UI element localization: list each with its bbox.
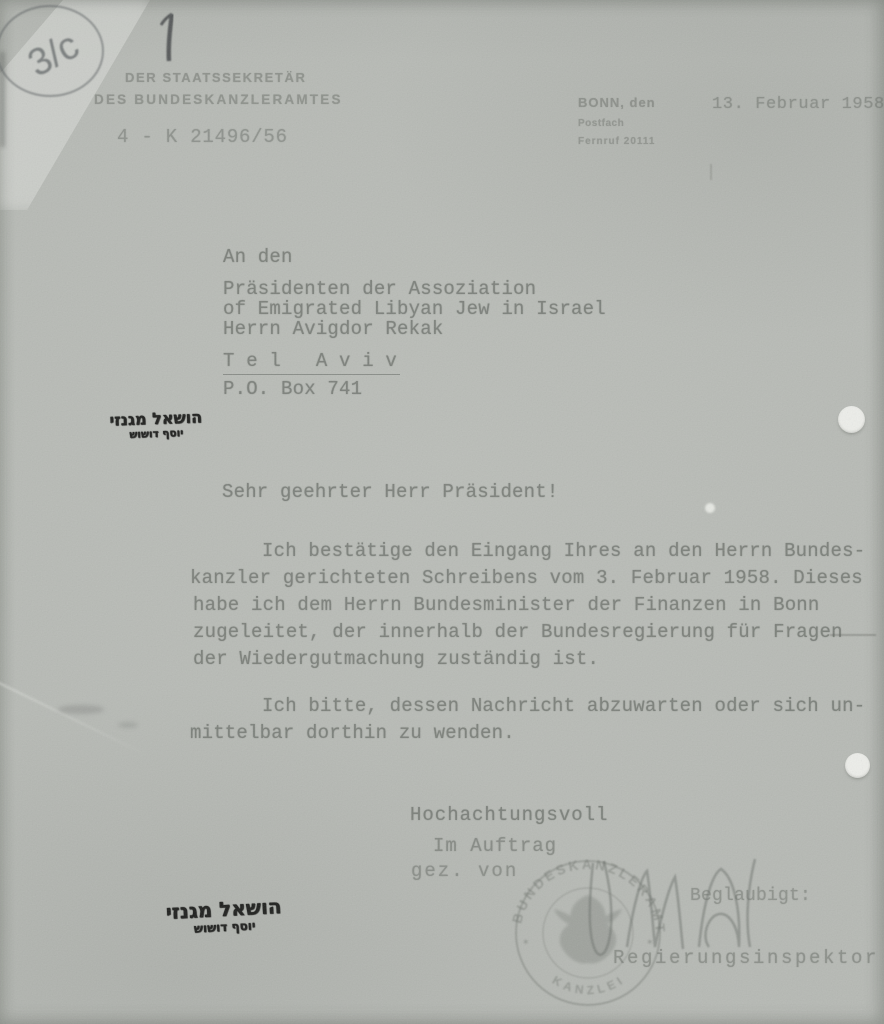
body-line: Ich bitte, dessen Nachricht abzuwarten o… [262,695,865,717]
hebrew-archive-stamp-lower: הושאל מגנזי יוסף דושוש [149,894,299,938]
recipient-an-den: An den [223,246,293,268]
body-line: Ich bestätige den Eingang Ihres an den H… [262,540,865,562]
circled-annotation: 3/c [0,2,112,104]
punch-hole-top [838,406,865,433]
typed-dash-artifact [830,634,876,636]
salutation: Sehr geehrter Herr Präsident! [222,481,558,503]
pencil-smudge [58,705,104,714]
svg-text:KANZLEI: KANZLEI [550,972,628,997]
margin-tick [710,164,712,180]
letterhead-postfach: Postfach [578,118,624,129]
reference-number: 4 - K 21496/56 [117,126,288,148]
body-line: der Wiedergutmachung zuständig ist. [193,648,599,670]
circled-annotation-text: 3/c [21,24,85,85]
letterhead-office-line1: DER STAATSSEKRETÄR [125,70,306,85]
body-line: zugeleitet, der innerhalb der Bundesregi… [193,621,843,643]
body-line: mittelbar dorthin zu wenden. [190,722,515,744]
body-line: kanzler gerichteten Schreibens vom 3. Fe… [190,567,863,589]
scanned-letter-page: 3/c DER STAATSSEKRETÄR DES BUNDESKANZLER… [0,0,884,1024]
seal-star-left: ✶ [522,937,530,947]
hebrew-archive-stamp-upper: הושאל מגנזי יוסף דושוש [96,408,217,443]
letterhead-fernruf: Fernruf 20111 [578,136,655,147]
recipient-pobox: P.O. Box 741 [223,378,362,400]
closing-regards: Hochachtungsvoll [410,804,608,826]
recipient-line2: Präsidenten der Assoziation [223,278,536,300]
letterhead-date: 13. Februar 1958 [712,95,884,114]
white-speck [705,503,715,513]
seal-bottom-arc-text: KANZLEI [550,972,628,997]
handwritten-signature [575,845,785,970]
recipient-city: T e l A v i v [223,350,400,375]
pencil-smudge-small [118,722,138,728]
letterhead-city: BONN, den [578,95,656,110]
body-line: habe ich dem Herrn Bundesminister der Fi… [193,594,820,616]
recipient-line3: of Emigrated Libyan Jew in Israel [223,298,606,320]
recipient-line4: Herrn Avigdor Rekak [223,318,443,340]
handwritten-page-number [156,10,184,66]
punch-hole-bottom [845,753,870,778]
diagonal-crease [0,681,150,757]
letterhead-office-line2: DES BUNDESKANZLERAMTES [94,92,343,107]
